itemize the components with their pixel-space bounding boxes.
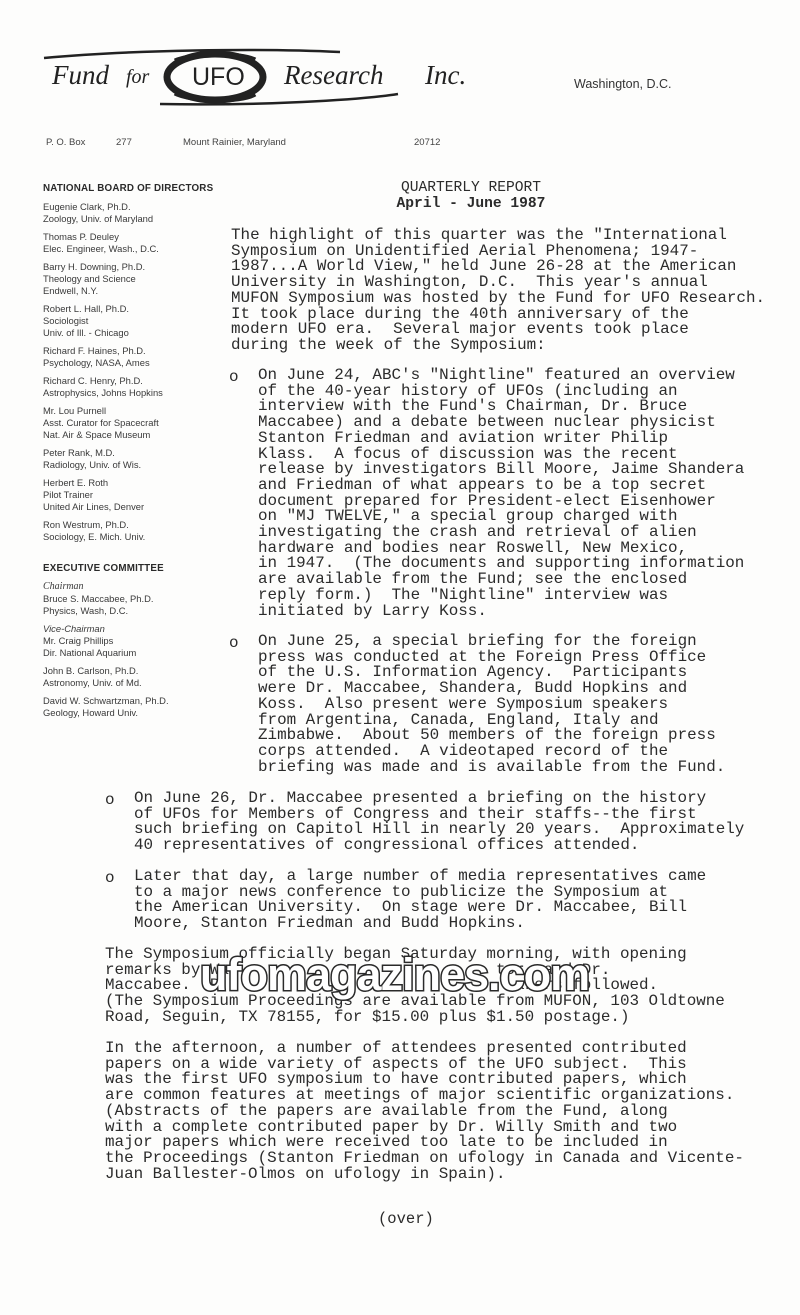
logo-word-for: for [126, 66, 149, 89]
bullet-marker: o [105, 791, 115, 809]
exec-member: David W. Schwartzman, Ph.D.Geology, Howa… [43, 695, 228, 719]
bullet-item-2: On June 25, a special briefing for the f… [258, 634, 725, 775]
board-heading: NATIONAL BOARD OF DIRECTORS [43, 183, 228, 195]
member-line: Bruce S. Maccabee, Ph.D. [43, 593, 228, 605]
member-line: Peter Rank, M.D. [43, 447, 228, 459]
afternoon-paragraph: In the afternoon, a number of attendees … [105, 1041, 744, 1182]
address-zip: 20712 [414, 137, 440, 148]
board-member: Herbert E. RothPilot TrainerUnited Air L… [43, 477, 228, 513]
board-list: Eugenie Clark, Ph.D.Zoology, Univ. of Ma… [43, 201, 228, 543]
board-sidebar: NATIONAL BOARD OF DIRECTORS Eugenie Clar… [43, 183, 228, 725]
board-member: Ron Westrum, Ph.D.Sociology, E. Mich. Un… [43, 519, 228, 543]
member-line: Univ. of Ill. - Chicago [43, 327, 228, 339]
member-line: Physics, Wash, D.C. [43, 605, 228, 617]
board-member: Richard F. Haines, Ph.D.Psychology, NASA… [43, 345, 228, 369]
exec-heading: EXECUTIVE COMMITTEE [43, 563, 228, 575]
po-box-number: 277 [116, 137, 132, 148]
member-line: Zoology, Univ. of Maryland [43, 213, 228, 225]
exec-member: ChairmanBruce S. Maccabee, Ph.D.Physics,… [43, 581, 228, 617]
member-line: Astronomy, Univ. of Md. [43, 677, 228, 689]
member-line: Dir. National Aquarium [43, 647, 228, 659]
bullet-item-1: On June 24, ABC's "Nightline" featured a… [258, 368, 744, 619]
member-line: Barry H. Downing, Ph.D. [43, 261, 228, 273]
member-line: Elec. Engineer, Wash., D.C. [43, 243, 228, 255]
bullet-item-4: Later that day, a large number of media … [134, 869, 706, 932]
board-member: Eugenie Clark, Ph.D.Zoology, Univ. of Ma… [43, 201, 228, 225]
member-line: Pilot Trainer [43, 489, 228, 501]
member-line: Geology, Howard Univ. [43, 707, 228, 719]
member-line: United Air Lines, Denver [43, 501, 228, 513]
board-member: Peter Rank, M.D.Radiology, Univ. of Wis. [43, 447, 228, 471]
member-line: Astrophysics, Johns Hopkins [43, 387, 228, 399]
po-box-label: P. O. Box [46, 137, 85, 148]
member-line: Theology and Science [43, 273, 228, 285]
member-line: Herbert E. Roth [43, 477, 228, 489]
logo-word-ufo: UFO [192, 63, 245, 92]
member-role: Vice-Chairman [43, 623, 228, 635]
report-period: April - June 1987 [311, 197, 631, 213]
member-line: Asst. Curator for Spacecraft [43, 417, 228, 429]
member-line: Psychology, NASA, Ames [43, 357, 228, 369]
bullet-item-3: On June 26, Dr. Maccabee presented a bri… [134, 791, 744, 854]
board-member: Thomas P. DeuleyElec. Engineer, Wash., D… [43, 231, 228, 255]
member-line: Sociologist [43, 315, 228, 327]
letterhead-city: Washington, D.C. [574, 77, 672, 91]
logo-word-fund: Fund [52, 60, 109, 91]
member-line: Thomas P. Deuley [43, 231, 228, 243]
member-line: Richard C. Henry, Ph.D. [43, 375, 228, 387]
member-line: Endwell, N.Y. [43, 285, 228, 297]
bullet-marker: o [229, 634, 239, 652]
member-line: Nat. Air & Space Museum [43, 429, 228, 441]
exec-list: ChairmanBruce S. Maccabee, Ph.D.Physics,… [43, 581, 228, 719]
exec-member: Vice-ChairmanMr. Craig PhillipsDir. Nati… [43, 623, 228, 659]
member-line: John B. Carlson, Ph.D. [43, 665, 228, 677]
logo-word-inc: Inc. [425, 60, 466, 91]
member-line: Ron Westrum, Ph.D. [43, 519, 228, 531]
logo-word-research: Research [284, 60, 383, 91]
watermark: ufomagazines.com [200, 951, 589, 999]
fund-logo: Fund for UFO Research Inc. [40, 46, 480, 108]
report-title: QUARTERLY REPORT [311, 181, 631, 197]
board-member: Richard C. Henry, Ph.D.Astrophysics, Joh… [43, 375, 228, 399]
bullet-marker: o [105, 869, 115, 887]
board-member: Barry H. Downing, Ph.D.Theology and Scie… [43, 261, 228, 297]
board-member: Robert L. Hall, Ph.D.SociologistUniv. of… [43, 303, 228, 339]
over-note: (over) [378, 1212, 434, 1228]
member-line: Richard F. Haines, Ph.D. [43, 345, 228, 357]
member-line: Robert L. Hall, Ph.D. [43, 303, 228, 315]
member-line: Sociology, E. Mich. Univ. [43, 531, 228, 543]
bullet-marker: o [229, 368, 239, 386]
member-line: Radiology, Univ. of Wis. [43, 459, 228, 471]
intro-paragraph: The highlight of this quarter was the "I… [231, 228, 765, 354]
address-town: Mount Rainier, Maryland [183, 137, 286, 148]
member-line: Mr. Lou Purnell [43, 405, 228, 417]
member-line: David W. Schwartzman, Ph.D. [43, 695, 228, 707]
member-role: Chairman [43, 581, 228, 593]
member-line: Mr. Craig Phillips [43, 635, 228, 647]
member-line: Eugenie Clark, Ph.D. [43, 201, 228, 213]
board-member: Mr. Lou PurnellAsst. Curator for Spacecr… [43, 405, 228, 441]
exec-member: John B. Carlson, Ph.D.Astronomy, Univ. o… [43, 665, 228, 689]
